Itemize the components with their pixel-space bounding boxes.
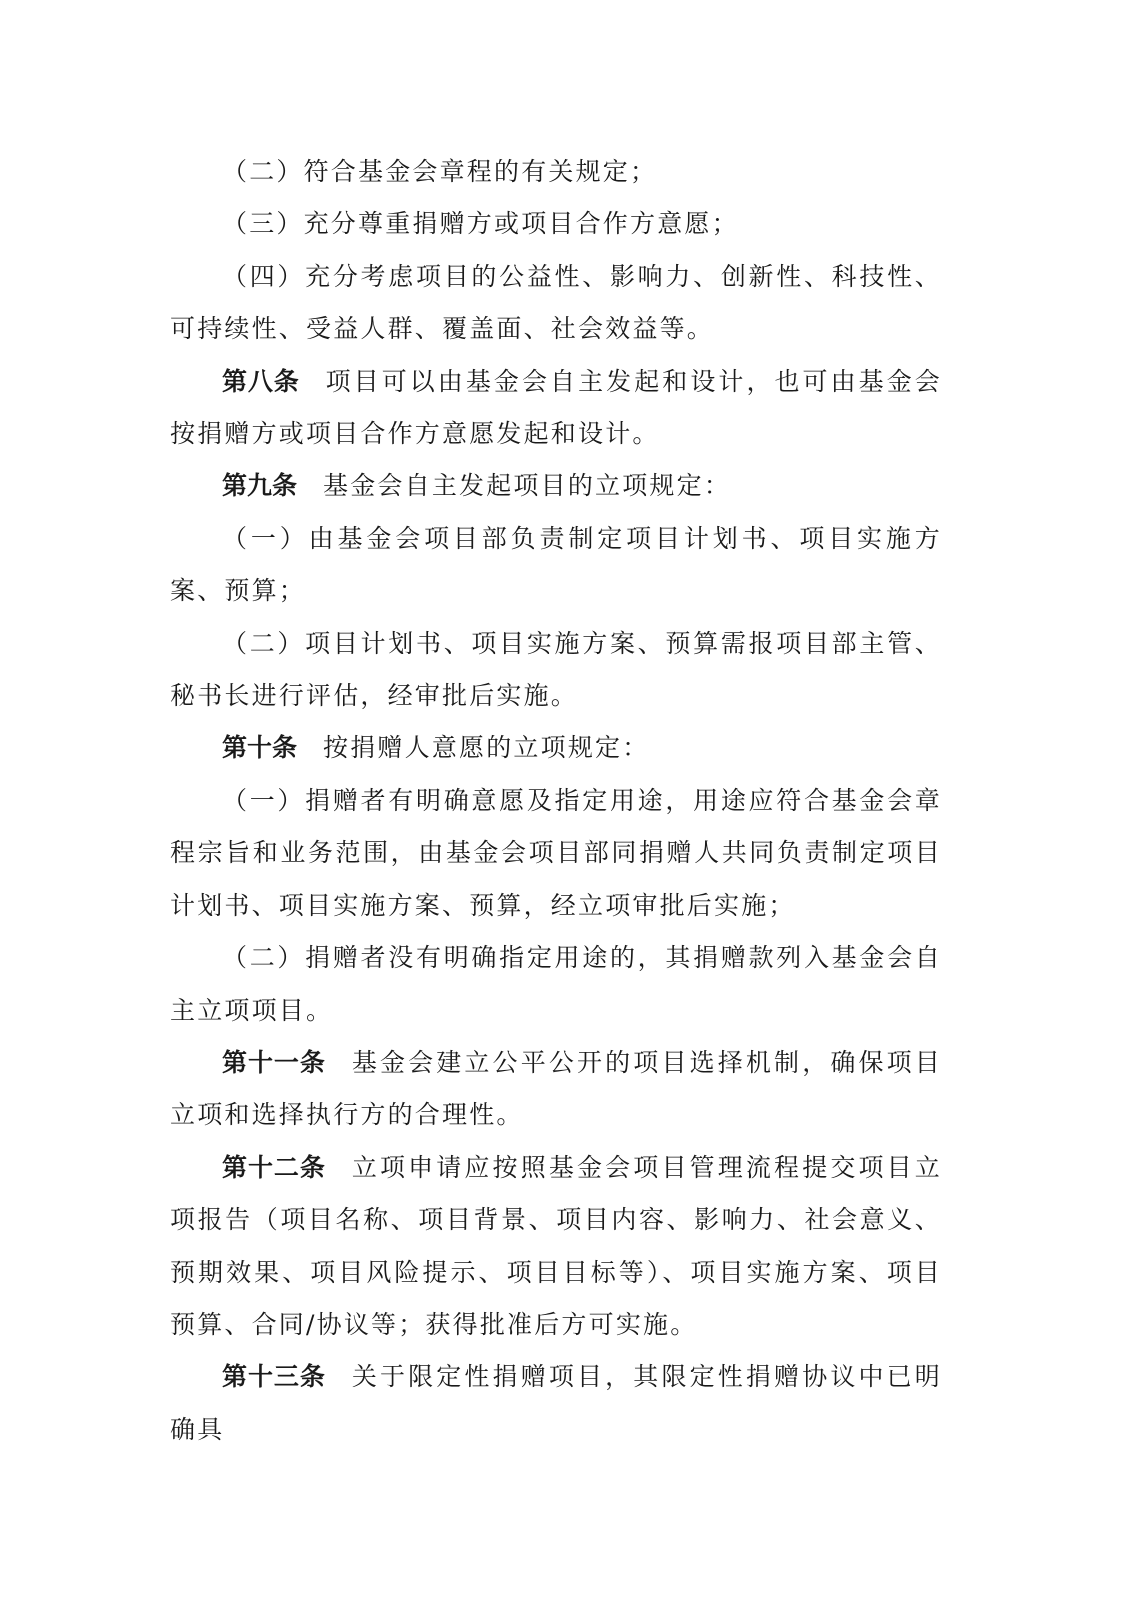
- clause-text: （二）符合基金会章程的有关规定；: [222, 157, 657, 186]
- article-10: 第十条按捐赠人意愿的立项规定：: [170, 722, 942, 774]
- article-number: 第十条: [222, 733, 297, 762]
- clause-text: （三）充分尊重捐赠方或项目合作方意愿；: [222, 209, 739, 238]
- article-text: 基金会自主发起项目的立项规定：: [323, 471, 731, 500]
- article-text: 按捐赠人意愿的立项规定：: [323, 733, 649, 762]
- clause-item-4: （四）充分考虑项目的公益性、影响力、创新性、科技性、可持续性、受益人群、覆盖面、…: [170, 251, 942, 356]
- article-9-item-1: （一）由基金会项目部负责制定项目计划书、项目实施方案、预算；: [170, 513, 942, 618]
- article-number: 第八条: [222, 367, 300, 396]
- clause-text: （二）捐赠者没有明确指定用途的，其捐赠款列入基金会自主立项项目。: [170, 943, 942, 1024]
- article-number: 第十二条: [222, 1153, 326, 1182]
- article-10-item-2: （二）捐赠者没有明确指定用途的，其捐赠款列入基金会自主立项项目。: [170, 932, 942, 1037]
- article-11: 第十一条基金会建立公平公开的项目选择机制，确保项目立项和选择执行方的合理性。: [170, 1037, 942, 1142]
- article-9-item-2: （二）项目计划书、项目实施方案、预算需报项目部主管、秘书长进行评估，经审批后实施…: [170, 618, 942, 723]
- clause-text: （一）由基金会项目部负责制定项目计划书、项目实施方案、预算；: [170, 524, 942, 605]
- clause-text: （四）充分考虑项目的公益性、影响力、创新性、科技性、可持续性、受益人群、覆盖面、…: [170, 262, 942, 343]
- clause-item-3: （三）充分尊重捐赠方或项目合作方意愿；: [170, 198, 942, 250]
- article-8: 第八条项目可以由基金会自主发起和设计，也可由基金会按捐赠方或项目合作方意愿发起和…: [170, 356, 942, 461]
- clause-text: （二）项目计划书、项目实施方案、预算需报项目部主管、秘书长进行评估，经审批后实施…: [170, 629, 942, 710]
- document-page: （二）符合基金会章程的有关规定； （三）充分尊重捐赠方或项目合作方意愿； （四）…: [170, 146, 942, 1456]
- article-number: 第九条: [222, 471, 297, 500]
- article-13: 第十三条关于限定性捐赠项目，其限定性捐赠协议中已明确具: [170, 1351, 942, 1456]
- article-number: 第十三条: [222, 1362, 326, 1391]
- article-number: 第十一条: [222, 1048, 326, 1077]
- article-12: 第十二条立项申请应按照基金会项目管理流程提交项目立项报告（项目名称、项目背景、项…: [170, 1142, 942, 1352]
- article-10-item-1: （一）捐赠者有明确意愿及指定用途，用途应符合基金会章程宗旨和业务范围，由基金会项…: [170, 775, 942, 932]
- clause-item-2: （二）符合基金会章程的有关规定；: [170, 146, 942, 198]
- article-9: 第九条基金会自主发起项目的立项规定：: [170, 460, 942, 512]
- clause-text: （一）捐赠者有明确意愿及指定用途，用途应符合基金会章程宗旨和业务范围，由基金会项…: [170, 786, 942, 920]
